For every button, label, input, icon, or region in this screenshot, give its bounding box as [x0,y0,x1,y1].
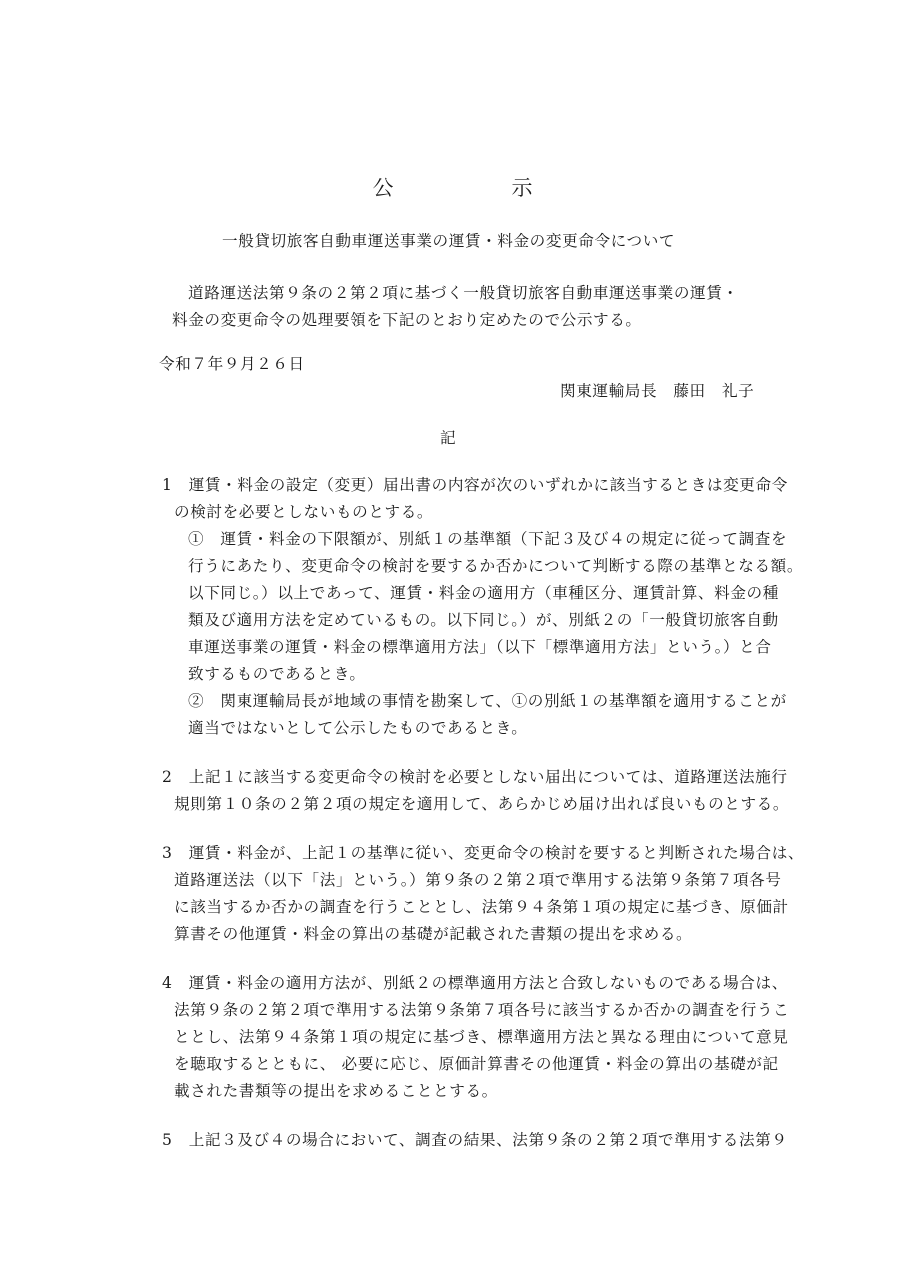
document-page: 公示 一般貸切旅客自動車運送事業の運賃・料金の変更命令について 道路運送法第９条… [0,0,905,1280]
title-char: 公 [373,174,394,202]
item-line: 2 上記１に該当する変更命令の検討を必要としない届出については、道路運送法施行 [162,767,788,787]
ki-heading: 記 [440,428,456,448]
subitem-line: 類及び適用方法を定めているもの。以下同じ。）が、別紙２の「一般貸切旅客自動 [188,610,779,630]
item-line: 3 運賃・料金が、上記１の基準に従い、変更命令の検討を要すると判断された場合は、 [162,843,804,863]
subitem-line: 車運送事業の運賃・料金の標準適用方法」（以下「標準適用方法」という。）と合 [188,637,772,657]
subitem-line: 以下同じ。）以上であって、運賃・料金の適用方（車種区分、運賃計算、料金の種 [188,583,779,603]
subitem-line: 致するものであるとき。 [188,664,366,684]
issue-date: 令和７年９月２６日 [159,354,305,374]
item-line: 法第９条の２第２項で準用する法第９条第７項各号に該当するか否かの調査を行うこ [174,1000,789,1020]
item-line: ととし、法第９４条第１項の規定に基づき、標準適用方法と異なる理由について意見 [174,1027,788,1047]
preamble-line: 料金の変更命令の処理要領を下記のとおり定めたので公示する。 [172,310,642,330]
item-line: 道路運送法（以下「法」という。）第９条の２第２項で準用する法第９条第７項各号 [174,870,782,890]
title-char: 示 [512,174,533,202]
item-line: を聴取するとともに、 必要に応じ、原価計算書その他運賃・料金の算出の基礎が記 [174,1054,779,1074]
item-line: 算書その他運賃・料金の算出の基礎が記載された書類の提出を求める。 [174,924,692,944]
item-line: の検討を必要としないものとする。 [174,502,433,522]
subitem-line: ② 関東運輸局長が地域の事情を勘案して、①の別紙１の基準額を適用することが [188,691,787,711]
document-title: 公示 [0,174,905,202]
document-subject: 一般貸切旅客自動車運送事業の運賃・料金の変更命令について [222,231,675,251]
item-line: 規則第１０条の２第２項の規定を適用して、あらかじめ届け出れば良いものとする。 [174,794,789,814]
item-line: 載された書類等の提出を求めることとする。 [174,1081,498,1101]
item-line: 1 運賃・料金の設定（変更）届出書の内容が次のいずれかに該当するときは変更命令 [162,475,788,495]
subitem-line: 適当ではないとして公示したものであるとき。 [188,718,527,738]
subitem-line: 行うにあたり、変更命令の検討を要するか否かについて判断する際の基準となる額。 [188,556,803,576]
item-line: に該当するか否かの調査を行うこととし、法第９４条第１項の規定に基づき、原価計 [174,897,789,917]
subitem-line: ① 運賃・料金の下限額が、別紙１の基準額（下記３及び４の規定に従って調査を [188,529,787,549]
preamble-line: 道路運送法第９条の２第２項に基づく一般貸切旅客自動車運送事業の運賃・ [188,283,739,303]
item-line: 5 上記３及び４の場合において、調査の結果、法第９条の２第２項で準用する法第９ [162,1130,788,1150]
issuer-signature: 関東運輸局長 藤田 礼子 [560,381,754,401]
item-line: 4 運賃・料金の適用方法が、別紙２の標準適用方法と合致しないものである場合は、 [162,973,788,993]
